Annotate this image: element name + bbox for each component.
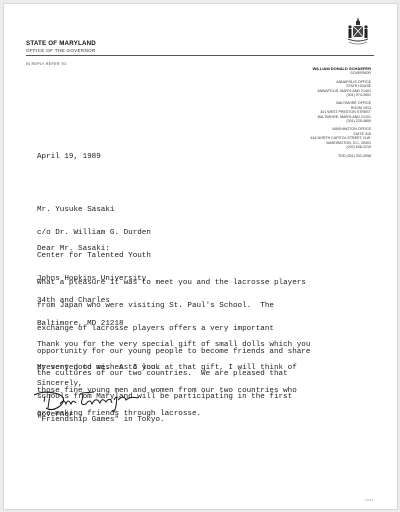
governor-contact-block: WILLIAM DONALD SCHAEFER GOVERNOR ANNAPOL… [251, 67, 371, 158]
address-line: c/o Dr. William G. Durden [37, 230, 151, 238]
body-line: Thank you for the very special gift of s… [37, 342, 310, 350]
letter-date: April 19, 1989 [37, 154, 101, 162]
governor-title: GOVERNOR [251, 71, 371, 75]
address-line: Mr. Yusuke Sasaki [37, 207, 151, 215]
annapolis-office: ANNAPOLIS OFFICE STATE HOUSE ANNAPOLIS, … [251, 80, 371, 98]
washington-office: WASHINGTON OFFICE SUITE 315 444 NORTH CA… [251, 127, 371, 149]
tdd-number: TDD (301) 333-3098 [251, 154, 371, 158]
footer-code: 3333 [365, 498, 374, 502]
body-line: from Japan who were visiting St. Paul's … [37, 303, 310, 311]
baltimore-office: BALTIMORE OFFICE ROOM 1513 301 WEST PRES… [251, 101, 371, 123]
letterhead-office: OFFICE OF THE GOVERNOR [26, 48, 96, 53]
office-phone: (202) 638-2215 [251, 145, 371, 149]
office-phone: (301) 225-4800 [251, 119, 371, 123]
salutation: Dear Mr. Sasaki: [37, 246, 110, 254]
address-line: Center for Talented Youth [37, 253, 151, 261]
letter-page: STATE OF MARYLAND OFFICE OF THE GOVERNOR… [3, 3, 398, 510]
maryland-seal-icon [346, 15, 370, 53]
signer-title: Governor [37, 412, 73, 420]
body-line: What a pleasure it was to meet you and t… [37, 280, 310, 288]
office-phone: (301) 974-3901 [251, 93, 371, 97]
reply-refer-label: IN REPLY REFER TO [26, 62, 66, 66]
closing-wish: My very good wishes to you. [37, 365, 160, 373]
letterhead-state: STATE OF MARYLAND [26, 40, 96, 47]
letterhead-rule [26, 55, 374, 56]
